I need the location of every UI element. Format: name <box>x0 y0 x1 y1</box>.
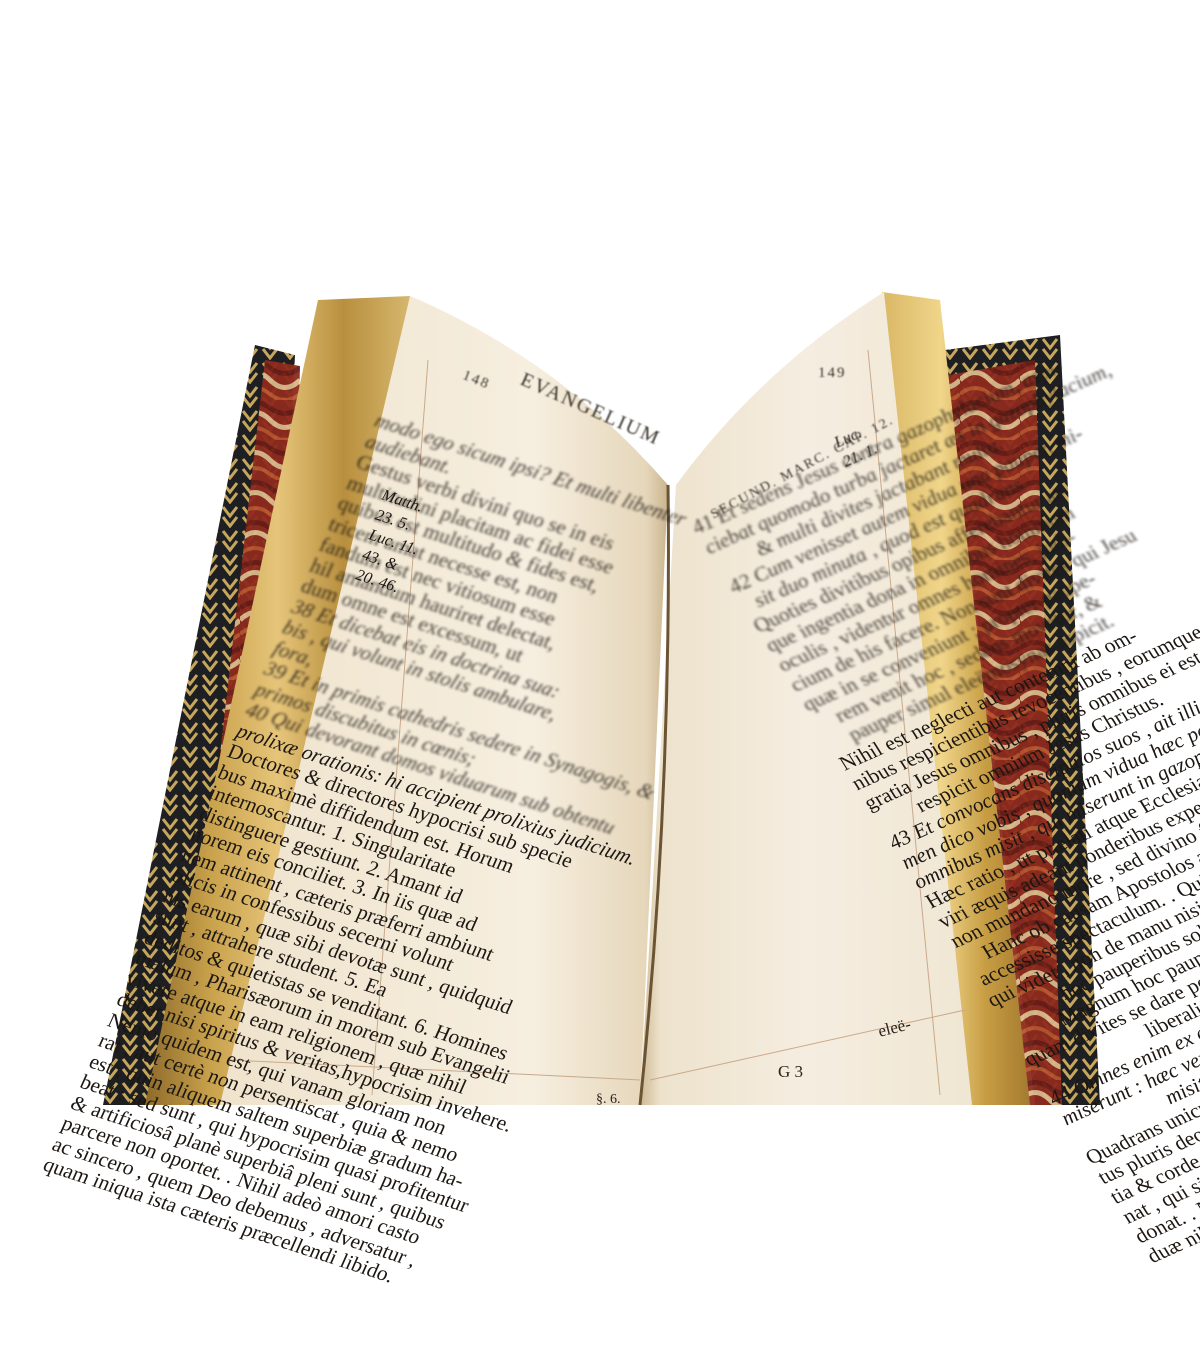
right-page-number: 149 <box>818 365 847 382</box>
right-signature: G 3 <box>778 1062 803 1082</box>
book-photo: 148 EVANGELIUM 149 SECUND. MARC. CAP. 12… <box>0 0 1200 1372</box>
left-signature: §. 6. <box>596 1092 621 1108</box>
